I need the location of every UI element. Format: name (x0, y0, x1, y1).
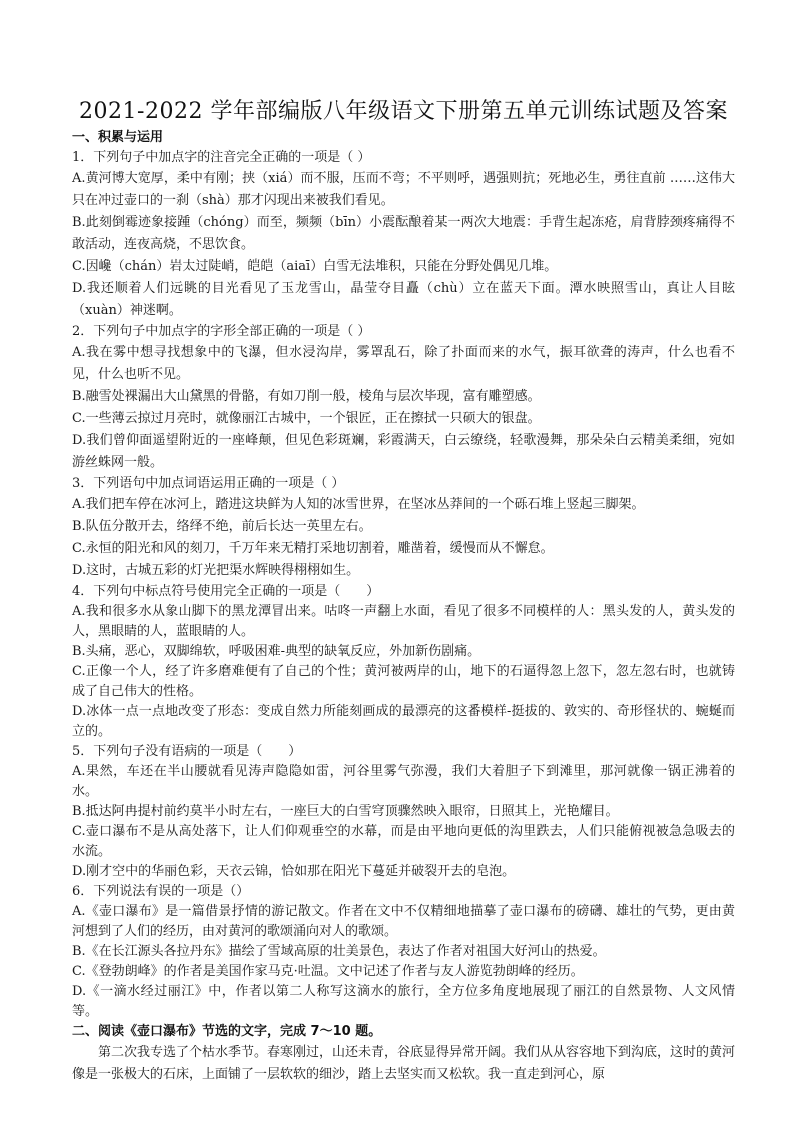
question-option: D.我还顺着人们远眺的目光看见了玉龙雪山，晶莹夺目矗（chù）立在蓝天下面。潭水… (72, 278, 735, 322)
question-4: 4．下列句中标点符号使用完全正确的一项是（ ） A.我和很多水从象山脚下的黑龙潭… (72, 582, 735, 742)
question-option: A.果然，车还在半山腰就看见涛声隐隐如雷，河谷里雾气弥漫，我们大着胆子下到滩里，… (72, 762, 735, 802)
question-option: D.这时，古城五彩的灯光把渠水辉映得栩栩如生。 (72, 560, 735, 582)
question-stem: 6．下列说法有误的一项是（） (72, 882, 735, 902)
question-option: B.队伍分散开去，络绎不绝，前后长达一英里左右。 (72, 516, 735, 538)
question-option: A.黄河博大宽厚，柔中有刚；挟（xiá）而不服，压而不弯；不平则呼，遇强则抗；死… (72, 168, 735, 212)
question-option: B.《在长江源头各拉丹东》描绘了雪域高原的壮美景色，表达了作者对祖国大好河山的热… (72, 942, 735, 962)
question-stem: 4．下列句中标点符号使用完全正确的一项是（ ） (72, 582, 735, 602)
reading-passage: 第二次我专选了个枯水季节。春寒刚过，山还未青，谷底显得异常开阔。我们从从容容地下… (72, 1042, 735, 1086)
question-option: A.我们把车停在冰河上，踏进这块鲜为人知的冰雪世界，在坚冰丛莽间的一个砾石堆上竖… (72, 494, 735, 516)
question-option: D.我们曾仰面遥望附近的一座峰颠，但见色彩斑斓，彩霞满天，白云缭绕，轻歌漫舞，那… (72, 430, 735, 474)
question-option: A.《壶口瀑布》是一篇借景抒情的游记散文。作者在文中不仅精细地描摹了壶口瀑布的磅… (72, 902, 735, 942)
question-3: 3．下列语句中加点词语运用正确的一项是（ ） A.我们把车停在冰河上，踏进这块鲜… (72, 474, 735, 582)
question-option: D.冰体一点一点地改变了形态：变成自然力所能刻画成的最漂亮的这番模样-挺拔的、敦… (72, 702, 735, 742)
question-option: C.因巉（chán）岩太过陡峭，皑皑（aiaī）白雪无法堆积，只能在分野处偶见几… (72, 256, 735, 278)
question-option: C.《登勃朗峰》的作者是美国作家马克·吐温。文中记述了作者与友人游览勃朗峰的经历… (72, 962, 735, 982)
question-option: A.我和很多水从象山脚下的黑龙潭冒出来。咕咚一声翻上水面，看见了很多不同模样的人… (72, 602, 735, 642)
question-stem: 3．下列语句中加点词语运用正确的一项是（ ） (72, 474, 735, 494)
document-title: 2021-2022 学年部编版八年级语文下册第五单元训练试题及答案 (72, 98, 735, 126)
question-option: A.我在雾中想寻找想象中的飞瀑，但水浸沟岸，雾罩乱石，除了扑面而来的水气，振耳欲… (72, 342, 735, 386)
question-option: B.此刻倒霉迹象接踵（chóng）而至，频频（bīn）小震酝酿着某一两次大地震：… (72, 212, 735, 256)
question-option: C.一些薄云掠过月亮时，就像丽江古城中，一个银匠，正在擦拭一只硕大的银盘。 (72, 408, 735, 430)
question-option: D.刚才空中的华丽色彩，天衣云锦，恰如那在阳光下蔓延并破裂开去的皂泡。 (72, 862, 735, 882)
question-5: 5．下列句子没有语病的一项是（ ） A.果然，车还在半山腰就看见涛声隐隐如雷，河… (72, 742, 735, 882)
section-heading-accumulation: 一、积累与运用 (72, 128, 735, 148)
question-option: B.头痛，恶心，双脚绵软，呼吸困难-典型的缺氧反应，外加新伤剧痛。 (72, 642, 735, 662)
document-page: 2021-2022 学年部编版八年级语文下册第五单元训练试题及答案 一、积累与运… (0, 0, 793, 1122)
question-stem: 1．下列句子中加点字的注音完全正确的一项是（ ） (72, 148, 735, 168)
question-stem: 2．下列句子中加点字的字形全部正确的一项是（ ） (72, 322, 735, 342)
question-6: 6．下列说法有误的一项是（） A.《壶口瀑布》是一篇借景抒情的游记散文。作者在文… (72, 882, 735, 1022)
question-option: C.永恒的阳光和风的刻刀，千万年来无精打采地切割着，雕凿着，缓慢而从不懈怠。 (72, 538, 735, 560)
question-option: D.《一滴水经过丽江》中，作者以第二人称写这滴水的旅行，全方位多角度地展现了丽江… (72, 982, 735, 1022)
question-option: C.壶口瀑布不是从高处落下，让人们仰观垂空的水幕，而是由平地向更低的沟里跌去，人… (72, 822, 735, 862)
question-1: 1．下列句子中加点字的注音完全正确的一项是（ ） A.黄河博大宽厚，柔中有刚；挟… (72, 148, 735, 322)
question-2: 2．下列句子中加点字的字形全部正确的一项是（ ） A.我在雾中想寻找想象中的飞瀑… (72, 322, 735, 474)
question-stem: 5．下列句子没有语病的一项是（ ） (72, 742, 735, 762)
question-option: B.融雪处裸漏出大山黛黑的骨骼，有如刀削一般，棱角与层次毕现，富有雕塑感。 (72, 386, 735, 408)
question-option: C.正像一个人，经了许多磨难便有了自己的个性；黄河被两岸的山，地下的石逼得忽上忽… (72, 662, 735, 702)
question-option: B.抵达阿冉提村前约莫半小时左右，一座巨大的白雪穹顶骤然映入眼帘，日照其上，光艳… (72, 802, 735, 822)
section-heading-reading: 二、阅读《壶口瀑布》节选的文字，完成 7～10 题。 (72, 1022, 735, 1042)
